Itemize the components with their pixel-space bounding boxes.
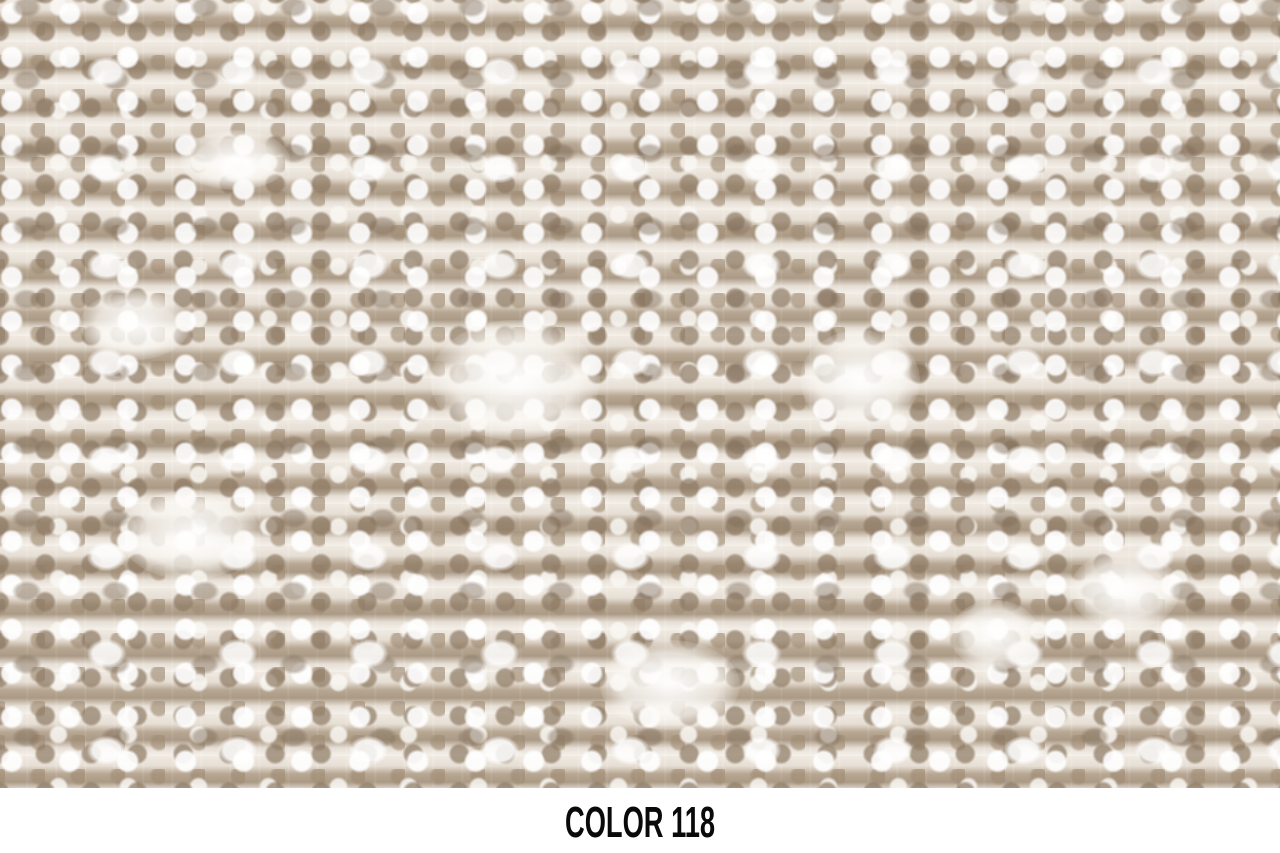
fabric-white-tuft (800, 330, 920, 430)
fabric-white-tuft (180, 130, 290, 190)
fabric-white-tuft (80, 290, 190, 360)
fabric-swatch-image (0, 0, 1280, 788)
color-caption: COLOR 118 (0, 788, 1280, 853)
fabric-white-tuft (430, 320, 600, 440)
fabric-white-tuft (600, 640, 740, 730)
fabric-white-tuft (1070, 550, 1180, 630)
fabric-white-tuft (950, 600, 1040, 670)
fabric-white-tuft (120, 490, 260, 580)
color-label: COLOR 118 (565, 801, 715, 845)
product-swatch-page: COLOR 118 (0, 0, 1280, 853)
